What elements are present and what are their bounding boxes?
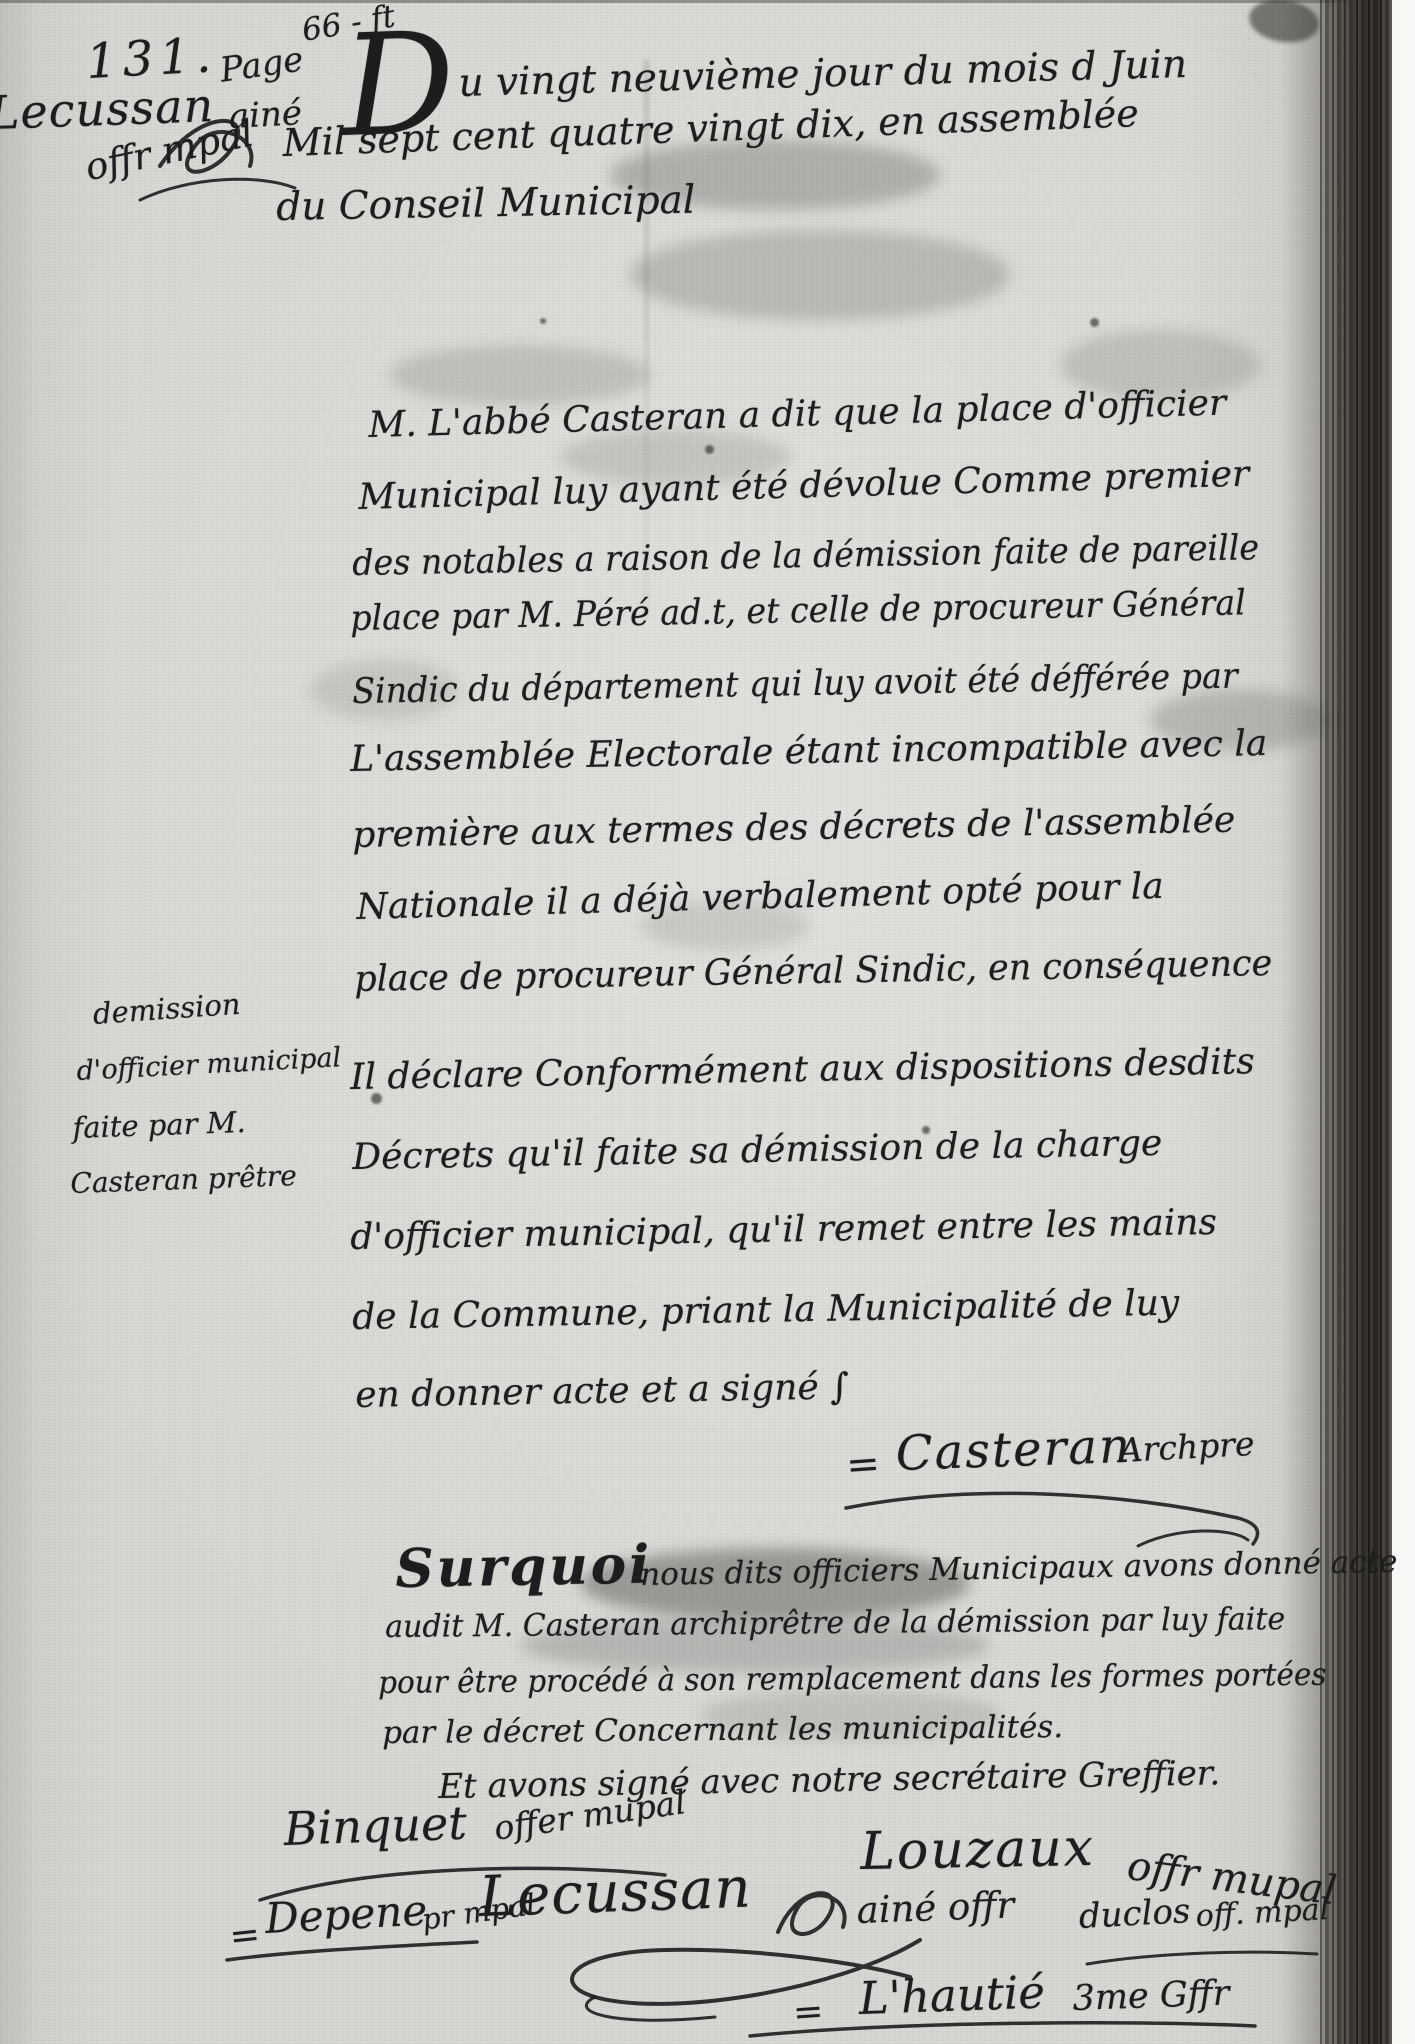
scan-top-edge bbox=[0, 0, 1415, 3]
binding-shadow bbox=[1280, 0, 1320, 2044]
signature-louzaux-name: Louzaux bbox=[860, 1822, 1095, 1878]
margin-note-line: demission bbox=[92, 990, 241, 1029]
book-binding-edge bbox=[1320, 0, 1392, 2044]
body-line: en donner acte et a signé ∫ bbox=[355, 1369, 849, 1414]
body-line: Décrets qu'il faite sa démission de la c… bbox=[352, 1126, 1163, 1176]
signature-casteran-name: Casteran bbox=[895, 1422, 1133, 1478]
scan-white-margin bbox=[1392, 0, 1415, 2044]
margin-note-line: faite par M. bbox=[72, 1108, 246, 1143]
body-line: première aux termes des décrets de l'ass… bbox=[352, 803, 1236, 854]
body-line: Nationale il a déjà verbalement opté pou… bbox=[356, 869, 1164, 926]
signature-lecussan-name: Lecussan bbox=[478, 1860, 752, 1925]
signature-binquet-name: Binquet bbox=[283, 1800, 467, 1852]
resolution-line: pour être procédé à son remplacement dan… bbox=[378, 1660, 1327, 1699]
signature-casteran-title: Archpre bbox=[1118, 1427, 1255, 1467]
signature-lhautie-title: 3me Gffr bbox=[1072, 1977, 1230, 2017]
body-line: Sindic du département qui luy avoit été … bbox=[352, 660, 1238, 710]
resolution-line: audit M. Casteran archiprêtre de la démi… bbox=[385, 1604, 1285, 1643]
body-line: L'assemblée Electorale étant incompatibl… bbox=[350, 726, 1268, 778]
margin-note-line: Casteran prêtre bbox=[70, 1162, 297, 1198]
body-line: Municipal luy ayant été dévolue Comme pr… bbox=[358, 457, 1250, 516]
signature-duclos-name: duclos bbox=[1078, 1894, 1191, 1934]
body-line: des notables a raison de la démission fa… bbox=[352, 531, 1259, 582]
closing-line: Et avons signé avec notre secrétaire Gre… bbox=[438, 1756, 1220, 1804]
body-line: place de procureur Général Sindic, en co… bbox=[354, 946, 1273, 998]
body-line: de la Commune, priant la Municipalité de… bbox=[352, 1286, 1180, 1336]
ink-speck bbox=[705, 445, 714, 454]
heading-line-3: du Conseil Municipal bbox=[276, 181, 696, 227]
body-line: Il déclare Conformément aux dispositions… bbox=[350, 1044, 1255, 1096]
body-line: M. L'abbé Casteran a dit que la place d'… bbox=[368, 386, 1227, 444]
resolution-line: par le décret Concernant les municipalit… bbox=[382, 1712, 1063, 1749]
signature-duclos-title: off. mpal bbox=[1195, 1895, 1330, 1932]
manuscript-page-scan: 131. Page 66 - ft Lecussan ainé offr mpa… bbox=[0, 0, 1415, 2044]
ink-speck bbox=[540, 318, 546, 324]
ink-bleed-stain bbox=[390, 345, 650, 405]
signature-flourish bbox=[1082, 1944, 1322, 1970]
ink-bleed-stain bbox=[630, 230, 1010, 320]
page-word: Page bbox=[218, 42, 305, 87]
body-line: d'officier municipal, qu'il remet entre … bbox=[350, 1205, 1217, 1256]
margin-note-line: d'officier municipal bbox=[76, 1044, 342, 1085]
signature-flourish bbox=[740, 2012, 1260, 2044]
resolution-lead-word: Surquoi bbox=[395, 1539, 653, 1596]
ink-speck bbox=[1090, 318, 1099, 327]
body-line: place par M. Péré ad.t, et celle de proc… bbox=[350, 586, 1246, 637]
signature-flourish bbox=[222, 1930, 482, 1970]
